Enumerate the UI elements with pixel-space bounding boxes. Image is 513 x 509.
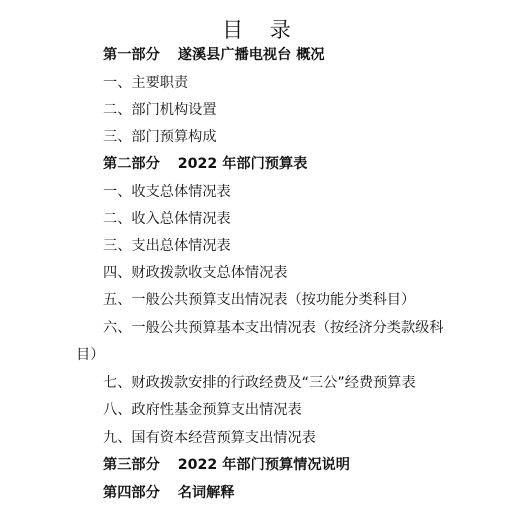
section-prefix: 第一部分 <box>103 47 160 63</box>
section-title: 名词解释 <box>178 485 235 501</box>
toc-item: 三、支出总体情况表 <box>103 237 231 255</box>
toc-item: 八、政府性基金预算支出情况表 <box>103 401 302 419</box>
toc-item: 二、部门机构设置 <box>103 101 217 119</box>
toc-item: 三、部门预算构成 <box>103 128 217 146</box>
section-prefix: 第三部分 <box>103 457 160 473</box>
toc-item: 一、主要职责 <box>103 74 188 92</box>
section-heading-4: 第四部分名词解释 <box>103 484 235 502</box>
toc-item: 五、一般公共预算支出情况表（按功能分类科目） <box>103 291 415 309</box>
toc-item: 一、收支总体情况表 <box>103 183 231 201</box>
section-heading-3: 第三部分2022 年部门预算情况说明 <box>103 456 350 474</box>
toc-item: 九、国有资本经营预算支出情况表 <box>103 429 316 447</box>
section-heading-1: 第一部分遂溪县广播电视台 概况 <box>103 46 325 64</box>
toc-item: 六、一般公共预算基本支出情况表（按经济分类款级科 <box>103 319 444 337</box>
section-title: 2022 年部门预算表 <box>178 156 308 172</box>
section-heading-2: 第二部分2022 年部门预算表 <box>103 155 307 173</box>
section-title: 遂溪县广播电视台 概况 <box>178 47 325 63</box>
section-prefix: 第四部分 <box>103 485 160 501</box>
toc-item: 七、财政拨款安排的行政经费及“三公”经费预算表 <box>103 374 416 392</box>
section-prefix: 第二部分 <box>103 156 160 172</box>
toc-title: 目 录 <box>0 14 513 44</box>
section-title: 2022 年部门预算情况说明 <box>178 457 350 473</box>
toc-item-wrap: 目） <box>76 346 104 364</box>
toc-item: 二、收入总体情况表 <box>103 210 231 228</box>
toc-item: 四、财政拨款收支总体情况表 <box>103 264 287 282</box>
